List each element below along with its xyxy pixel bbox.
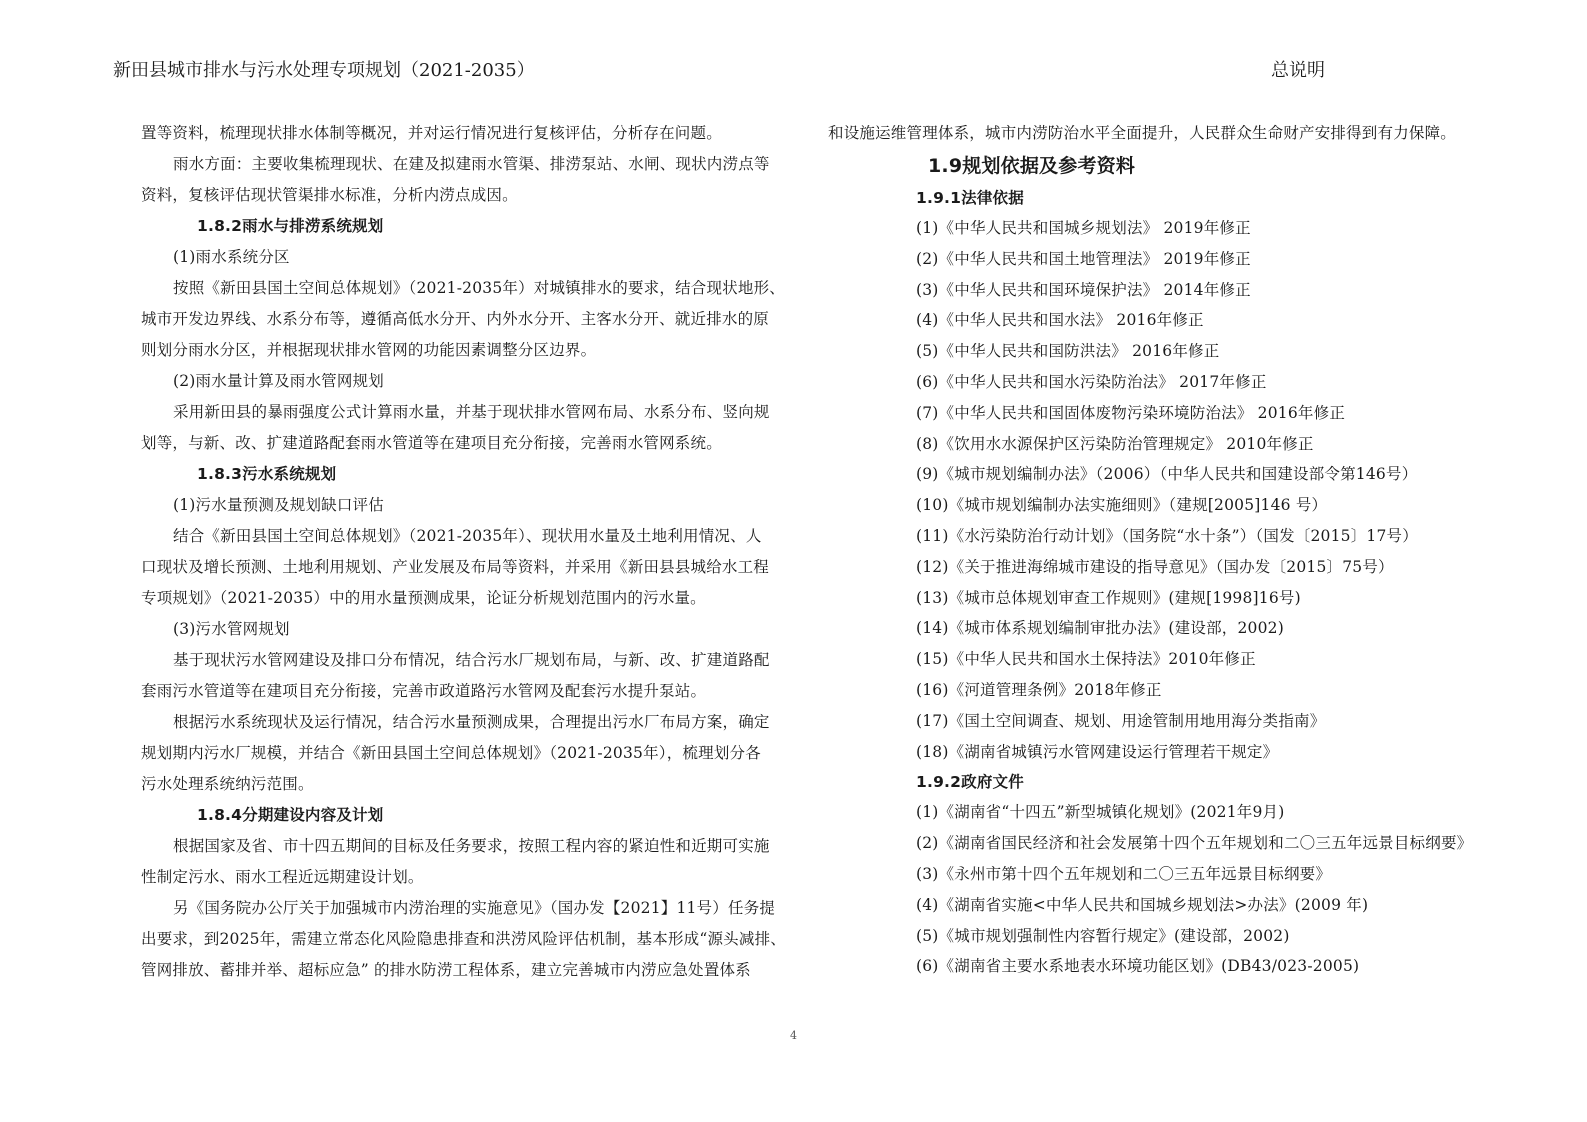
paragraph-line: 出要求，到2025年，需建立常态化风险隐患排查和洪涝风险评估机制，基本形成“源头… — [141, 924, 781, 955]
government-documents-list: (1)《湖南省“十四五”新型城镇化规划》(2021年9月) (2)《湖南省国民经… — [828, 797, 1508, 982]
section-title: 总说明 — [1271, 58, 1325, 84]
heading-1-8-2: 1.8.2雨水与排涝系统规划 — [141, 211, 781, 242]
paragraph-line: 雨水方面：主要收集梳理现状、在建及拟建雨水管渠、排涝泵站、水闸、现状内涝点等 — [141, 149, 781, 180]
list-item: (10)《城市规划编制办法实施细则》（建规[2005]146 号） — [828, 490, 1508, 521]
subheading: (2)雨水量计算及雨水管网规划 — [141, 366, 781, 397]
list-item: (16)《河道管理条例》2018年修正 — [828, 675, 1508, 706]
list-item: (5)《城市规划强制性内容暂行规定》(建设部，2002) — [828, 921, 1508, 952]
legal-basis-list: (1)《中华人民共和国城乡规划法》 2019年修正 (2)《中华人民共和国土地管… — [828, 213, 1508, 767]
list-item: (8)《饮用水水源保护区污染防治管理规定》 2010年修正 — [828, 429, 1508, 460]
list-item: (6)《湖南省主要水系地表水环境功能区划》(DB43/023-2005) — [828, 951, 1508, 982]
heading-1-9-2: 1.9.2政府文件 — [828, 767, 1508, 797]
list-item: (13)《城市总体规划审查工作规则》(建规[1998]16号) — [828, 583, 1508, 614]
paragraph-line: 根据国家及省、市十四五期间的目标及任务要求，按照工程内容的紧迫性和近期可实施 — [141, 831, 781, 862]
paragraph-line: 资料，复核评估现状管渠排水标准，分析内涝点成因。 — [141, 180, 781, 211]
paragraph-line: 按照《新田县国土空间总体规划》（2021-2035年）对城镇排水的要求，结合现状… — [141, 273, 781, 304]
paragraph-line: 套雨污水管道等在建项目充分衔接，完善市政道路污水管网及配套污水提升泵站。 — [141, 676, 781, 707]
list-item: (5)《中华人民共和国防洪法》 2016年修正 — [828, 336, 1508, 367]
right-column: 和设施运维管理体系，城市内涝防治水平全面提升，人民群众生命财产安排得到有力保障。… — [828, 118, 1508, 982]
paragraph-line: 专项规划》（2021-2035）中的用水量预测成果，论证分析规划范围内的污水量。 — [141, 583, 781, 614]
list-item: (1)《中华人民共和国城乡规划法》 2019年修正 — [828, 213, 1508, 244]
list-item: (15)《中华人民共和国水土保持法》2010年修正 — [828, 644, 1508, 675]
paragraph-line: 性制定污水、雨水工程近远期建设计划。 — [141, 862, 781, 893]
document-title: 新田县城市排水与污水处理专项规划（2021-2035） — [113, 58, 535, 84]
paragraph-line: 污水处理系统纳污范围。 — [141, 769, 781, 800]
list-item: (3)《永州市第十四个五年规划和二〇三五年远景目标纲要》 — [828, 859, 1508, 890]
paragraph-line: 置等资料，梳理现状排水体制等概况，并对运行情况进行复核评估，分析存在问题。 — [141, 118, 781, 149]
paragraph-line: 根据污水系统现状及运行情况，结合污水量预测成果，合理提出污水厂布局方案，确定 — [141, 707, 781, 738]
paragraph-line: 结合《新田县国土空间总体规划》（2021-2035年）、现状用水量及土地利用情况… — [141, 521, 781, 552]
heading-1-8-3: 1.8.3污水系统规划 — [141, 459, 781, 490]
list-item: (17)《国土空间调查、规划、用途管制用地用海分类指南》 — [828, 706, 1508, 737]
paragraph-line: 和设施运维管理体系，城市内涝防治水平全面提升，人民群众生命财产安排得到有力保障。 — [828, 118, 1508, 149]
page-number: 4 — [790, 1029, 797, 1042]
left-column: 置等资料，梳理现状排水体制等概况，并对运行情况进行复核评估，分析存在问题。 雨水… — [141, 118, 781, 986]
list-item: (18)《湖南省城镇污水管网建设运行管理若干规定》 — [828, 737, 1508, 768]
heading-1-9-1: 1.9.1法律依据 — [828, 183, 1508, 213]
paragraph-line: 采用新田县的暴雨强度公式计算雨水量，并基于现状排水管网布局、水系分布、竖向规 — [141, 397, 781, 428]
list-item: (4)《中华人民共和国水法》 2016年修正 — [828, 305, 1508, 336]
list-item: (4)《湖南省实施<中华人民共和国城乡规划法>办法》(2009 年) — [828, 890, 1508, 921]
subheading: (3)污水管网规划 — [141, 614, 781, 645]
list-item: (2)《中华人民共和国土地管理法》 2019年修正 — [828, 244, 1508, 275]
heading-1-8-4: 1.8.4分期建设内容及计划 — [141, 800, 781, 831]
paragraph-line: 口现状及增长预测、土地利用规划、产业发展及布局等资料，并采用《新田县县城给水工程 — [141, 552, 781, 583]
list-item: (1)《湖南省“十四五”新型城镇化规划》(2021年9月) — [828, 797, 1508, 828]
paragraph-line: 基于现状污水管网建设及排口分布情况，结合污水厂规划布局，与新、改、扩建道路配 — [141, 645, 781, 676]
list-item: (14)《城市体系规划编制审批办法》(建设部，2002) — [828, 613, 1508, 644]
paragraph-line: 划等，与新、改、扩建道路配套雨水管道等在建项目充分衔接，完善雨水管网系统。 — [141, 428, 781, 459]
heading-1-9: 1.9规划依据及参考资料 — [828, 149, 1508, 183]
paragraph-line: 管网排放、蓄排并举、超标应急” 的排水防涝工程体系，建立完善城市内涝应急处置体系 — [141, 955, 781, 986]
list-item: (9)《城市规划编制办法》（2006）（中华人民共和国建设部令第146号） — [828, 459, 1508, 490]
list-item: (12)《关于推进海绵城市建设的指导意见》（国办发〔2015〕75号） — [828, 552, 1508, 583]
list-item: (2)《湖南省国民经济和社会发展第十四个五年规划和二〇三五年远景目标纲要》 — [828, 828, 1508, 859]
paragraph-line: 则划分雨水分区，并根据现状排水管网的功能因素调整分区边界。 — [141, 335, 781, 366]
subheading: (1)污水量预测及规划缺口评估 — [141, 490, 781, 521]
list-item: (11)《水污染防治行动计划》（国务院“水十条”）（国发〔2015〕17号） — [828, 521, 1508, 552]
list-item: (7)《中华人民共和国固体废物污染环境防治法》 2016年修正 — [828, 398, 1508, 429]
list-item: (3)《中华人民共和国环境保护法》 2014年修正 — [828, 275, 1508, 306]
paragraph-line: 另《国务院办公厅关于加强城市内涝治理的实施意见》（国办发【2021】11号）任务… — [141, 893, 781, 924]
paragraph-line: 城市开发边界线、水系分布等，遵循高低水分开、内外水分开、主客水分开、就近排水的原 — [141, 304, 781, 335]
list-item: (6)《中华人民共和国水污染防治法》 2017年修正 — [828, 367, 1508, 398]
paragraph-line: 规划期内污水厂规模，并结合《新田县国土空间总体规划》（2021-2035年），梳… — [141, 738, 781, 769]
subheading: (1)雨水系统分区 — [141, 242, 781, 273]
